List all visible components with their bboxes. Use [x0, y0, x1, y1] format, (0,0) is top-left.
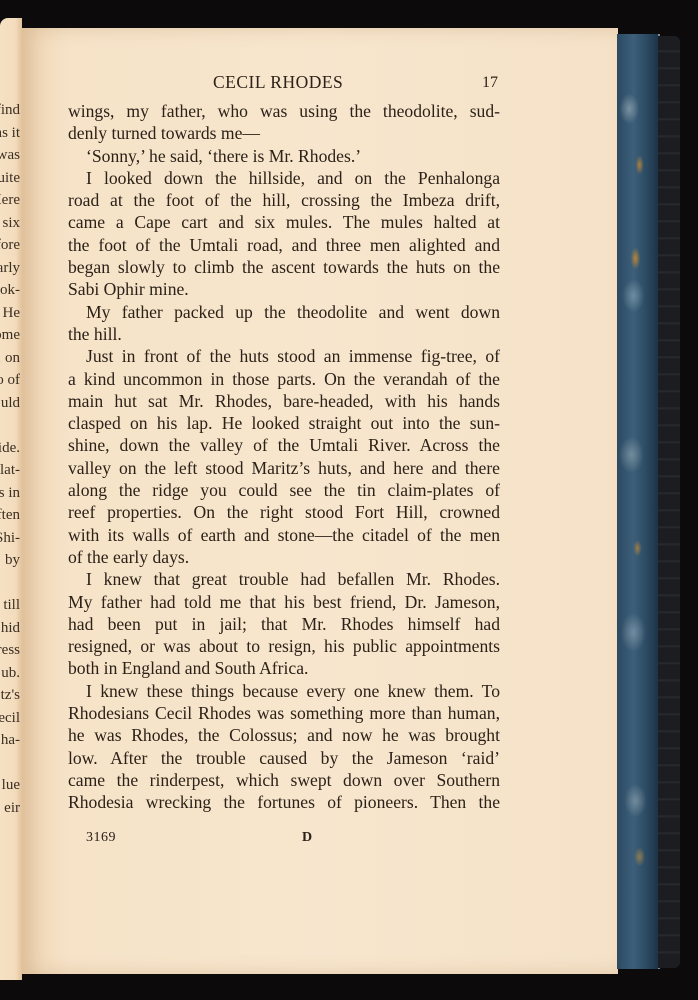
- previous-page-line-fragment: [0, 414, 20, 437]
- marbled-fore-edge: [617, 34, 660, 969]
- text-line: valley on the left stood Maritz’s huts, …: [68, 457, 500, 479]
- text-line: began slowly to climb the ascent towards…: [68, 256, 500, 278]
- page-number: 17: [482, 74, 498, 92]
- text-line: Sabi Ophir mine.: [68, 278, 500, 300]
- text-line: the foot of the Umtali road, and three m…: [68, 234, 500, 256]
- text-line: I knew these things because every one kn…: [68, 680, 500, 702]
- previous-page-text-fragments: findas itwasuiteHeresixforearlyook-Heome…: [0, 99, 20, 819]
- text-line: Rhodesia wrecking the fortunes of pionee…: [68, 791, 500, 813]
- book-page: CECIL RHODES 17 wings, my father, who wa…: [22, 28, 618, 974]
- previous-page-line-fragment: Here: [0, 189, 20, 212]
- text-line: low. After the trouble caused by the Jam…: [68, 747, 500, 769]
- previous-page-line-fragment: o of: [0, 369, 20, 392]
- text-line: I looked down the hillside, and on the P…: [68, 167, 500, 189]
- previous-page-line-fragment: fore: [0, 234, 20, 257]
- text-line: Just in front of the huts stood an immen…: [68, 345, 500, 367]
- previous-page-line-fragment: find: [0, 99, 20, 122]
- previous-page-line-fragment: ecil: [0, 707, 20, 730]
- book-cover-edge: [658, 36, 680, 968]
- text-line: along the ridge you could see the tin cl…: [68, 479, 500, 501]
- text-line: both in England and South Africa.: [68, 657, 500, 679]
- previous-page-line-fragment: by: [0, 549, 20, 572]
- previous-page-line-fragment: arly: [0, 257, 20, 280]
- previous-page-line-fragment: ress: [0, 639, 20, 662]
- previous-page-line-fragment: lue: [0, 774, 20, 797]
- previous-page-line-fragment: ; on: [0, 347, 20, 370]
- text-line: I knew that great trouble had befallen M…: [68, 568, 500, 590]
- signature-mark: 3169: [86, 830, 116, 846]
- text-line: wings, my father, who was using the theo…: [68, 100, 500, 122]
- text-line: came a Cape cart and six mules. The mule…: [68, 211, 500, 233]
- previous-page-line-fragment: s in: [0, 482, 20, 505]
- signature-letter: D: [302, 830, 312, 846]
- previous-page-line-fragment: [0, 572, 20, 595]
- previous-page-line-fragment: uld: [0, 392, 20, 415]
- previous-page-line-fragment: ub.: [0, 662, 20, 685]
- text-line: ‘Sonny,’ he said, ‘there is Mr. Rhodes.’: [68, 145, 500, 167]
- text-line: had been put in jail; that Mr. Rhodes hi…: [68, 613, 500, 635]
- text-line: the hill.: [68, 323, 500, 345]
- previous-page-line-fragment: ome: [0, 324, 20, 347]
- text-line: Rhodesians Cecil Rhodes was something mo…: [68, 702, 500, 724]
- text-line: a kind uncommon in those parts. On the v…: [68, 368, 500, 390]
- text-line: resigned, or was about to resign, his pu…: [68, 635, 500, 657]
- previous-page-line-fragment: Shi-: [0, 527, 20, 550]
- text-line: My father packed up the theodolite and w…: [68, 301, 500, 323]
- text-line: My father had told me that his best frie…: [68, 591, 500, 613]
- text-line: he was Rhodes, the Colossus; and now he …: [68, 724, 500, 746]
- previous-page-line-fragment: ha-: [0, 729, 20, 752]
- previous-page-line-fragment: eir: [0, 797, 20, 820]
- previous-page-edge: findas itwasuiteHeresixforearlyook-Heome…: [0, 18, 22, 980]
- body-text: wings, my father, who was using the theo…: [68, 100, 500, 814]
- previous-page-line-fragment: hid: [0, 617, 20, 640]
- previous-page-line-fragment: was: [0, 144, 20, 167]
- text-line: of the early days.: [68, 546, 500, 568]
- previous-page-line-fragment: tz's: [0, 684, 20, 707]
- text-line: road at the foot of the hill, crossing t…: [68, 189, 500, 211]
- previous-page-line-fragment: He: [0, 302, 20, 325]
- text-line: reef properties. On the right stood Fort…: [68, 501, 500, 523]
- running-title: CECIL RHODES: [213, 72, 343, 93]
- previous-page-line-fragment: uite: [0, 167, 20, 190]
- text-line: shine, down the valley of the Umtali Riv…: [68, 434, 500, 456]
- previous-page-line-fragment: [0, 752, 20, 775]
- previous-page-line-fragment: six: [0, 212, 20, 235]
- text-line: with its walls of earth and stone—the ci…: [68, 524, 500, 546]
- previous-page-line-fragment: as it: [0, 122, 20, 145]
- previous-page-line-fragment: ide.: [0, 437, 20, 460]
- previous-page-line-fragment: ften: [0, 504, 20, 527]
- text-line: denly turned towards me—: [68, 122, 500, 144]
- text-line: clasped on his lap. He looked straight o…: [68, 412, 500, 434]
- text-line: main hut sat Mr. Rhodes, bare-headed, wi…: [68, 390, 500, 412]
- previous-page-line-fragment: lat-: [0, 459, 20, 482]
- running-head: CECIL RHODES 17: [22, 72, 618, 96]
- previous-page-line-fragment: till: [0, 594, 20, 617]
- previous-page-line-fragment: ook-: [0, 279, 20, 302]
- text-line: came the rinderpest, which swept down ov…: [68, 769, 500, 791]
